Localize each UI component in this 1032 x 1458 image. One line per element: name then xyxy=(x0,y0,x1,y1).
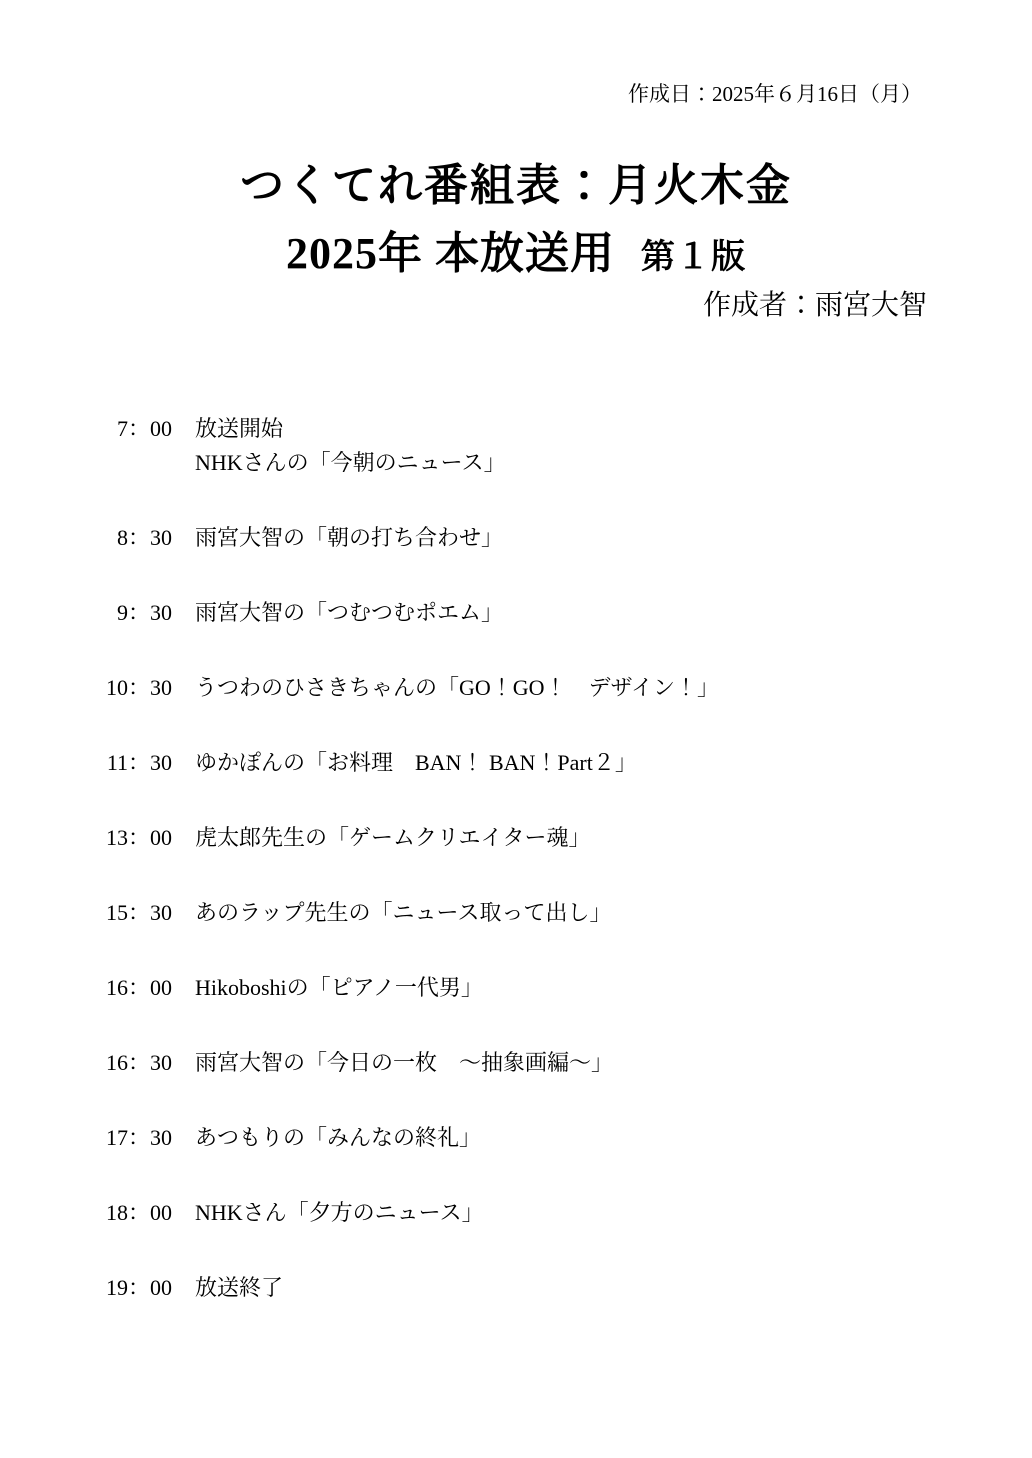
slot-program-title: うつわのひさきちゃんの「GO！GO！ デザイン！」 xyxy=(195,671,719,705)
slot-program-title: 放送終了 xyxy=(195,1271,283,1305)
slot-time: 13：00 xyxy=(106,821,172,855)
schedule-row: 16：30 雨宮大智の「今日の一枚 ～抽象画編～」 xyxy=(106,1046,972,1080)
slot-program-title: 虎太郎先生の「ゲームクリエイター魂」 xyxy=(195,821,591,855)
slot-program-title: あのラップ先生の「ニュース取って出し」 xyxy=(195,896,611,930)
slot-text: 雨宮大智の「今日の一枚 ～抽象画編～」 xyxy=(195,1046,613,1080)
document-title-line1: つくてれ番組表：月火木金 xyxy=(0,158,1032,214)
schedule-row: 13：00 虎太郎先生の「ゲームクリエイター魂」 xyxy=(106,821,972,855)
schedule-row: 18：00 NHKさん「夕方のニュース」 xyxy=(106,1196,972,1230)
schedule-row: 8：30 雨宮大智の「朝の打ち合わせ」 xyxy=(106,521,972,555)
schedule-row: 17：30 あつもりの「みんなの終礼」 xyxy=(106,1121,972,1155)
slot-text: 放送終了 xyxy=(195,1271,283,1305)
slot-time: 10：30 xyxy=(106,671,172,705)
schedule-row: 16：00 Hikoboshiの「ピアノ一代男」 xyxy=(106,971,972,1005)
slot-time: 16：30 xyxy=(106,1046,172,1080)
slot-text: うつわのひさきちゃんの「GO！GO！ デザイン！」 xyxy=(195,671,719,705)
slot-program-title: ゆかぽんの「お料理 BAN！ BAN！Part２」 xyxy=(195,746,637,780)
slot-program-title: Hikoboshiの「ピアノ一代男」 xyxy=(195,971,483,1005)
slot-time: 8：30 xyxy=(106,521,172,555)
slot-time: 11：30 xyxy=(106,746,172,780)
program-schedule-list: 7：00 放送開始 NHKさんの「今朝のニュース」 8：30 雨宮大智の「朝の打… xyxy=(106,412,972,1346)
schedule-row: 7：00 放送開始 NHKさんの「今朝のニュース」 xyxy=(106,412,972,480)
slot-program-title: NHKさん「夕方のニュース」 xyxy=(195,1196,484,1230)
slot-text: 雨宮大智の「つむつむポエム」 xyxy=(195,596,503,630)
schedule-row: 15：30 あのラップ先生の「ニュース取って出し」 xyxy=(106,896,972,930)
document-title-year-part: 2025年 本放送用 xyxy=(286,229,615,278)
slot-time: 17：30 xyxy=(106,1121,172,1155)
slot-text: あのラップ先生の「ニュース取って出し」 xyxy=(195,896,611,930)
slot-text: 放送開始 NHKさんの「今朝のニュース」 xyxy=(195,412,506,480)
document-page: 作成日：2025年６月16日（月） つくてれ番組表：月火木金 2025年 本放送… xyxy=(0,0,1032,1458)
schedule-row: 11：30 ゆかぽんの「お料理 BAN！ BAN！Part２」 xyxy=(106,746,972,780)
slot-time: 7：00 xyxy=(106,412,172,446)
slot-program-title: あつもりの「みんなの終礼」 xyxy=(195,1121,481,1155)
author-line: 作成者：雨宮大智 xyxy=(703,288,927,324)
slot-text: あつもりの「みんなの終礼」 xyxy=(195,1121,481,1155)
schedule-row: 19：00 放送終了 xyxy=(106,1271,972,1305)
document-title-line2: 2025年 本放送用第１版 xyxy=(0,226,1032,286)
schedule-row: 10：30 うつわのひさきちゃんの「GO！GO！ デザイン！」 xyxy=(106,671,972,705)
schedule-row: 9：30 雨宮大智の「つむつむポエム」 xyxy=(106,596,972,630)
slot-program-title: 放送開始 xyxy=(195,412,506,446)
slot-time: 18：00 xyxy=(106,1196,172,1230)
slot-text: 雨宮大智の「朝の打ち合わせ」 xyxy=(195,521,503,555)
slot-text: NHKさん「夕方のニュース」 xyxy=(195,1196,484,1230)
slot-program-title: 雨宮大智の「つむつむポエム」 xyxy=(195,596,503,630)
slot-program-title: 雨宮大智の「朝の打ち合わせ」 xyxy=(195,521,503,555)
created-date: 作成日：2025年６月16日（月） xyxy=(628,80,922,108)
slot-program-title: 雨宮大智の「今日の一枚 ～抽象画編～」 xyxy=(195,1046,613,1080)
slot-time: 15：30 xyxy=(106,896,172,930)
slot-time: 19：00 xyxy=(106,1271,172,1305)
slot-text: 虎太郎先生の「ゲームクリエイター魂」 xyxy=(195,821,591,855)
slot-text: ゆかぽんの「お料理 BAN！ BAN！Part２」 xyxy=(195,746,637,780)
slot-text: Hikoboshiの「ピアノ一代男」 xyxy=(195,971,483,1005)
slot-time: 9：30 xyxy=(106,596,172,630)
document-title-edition: 第１版 xyxy=(641,239,746,276)
slot-program-subtitle: NHKさんの「今朝のニュース」 xyxy=(195,446,506,480)
slot-time: 16：00 xyxy=(106,971,172,1005)
